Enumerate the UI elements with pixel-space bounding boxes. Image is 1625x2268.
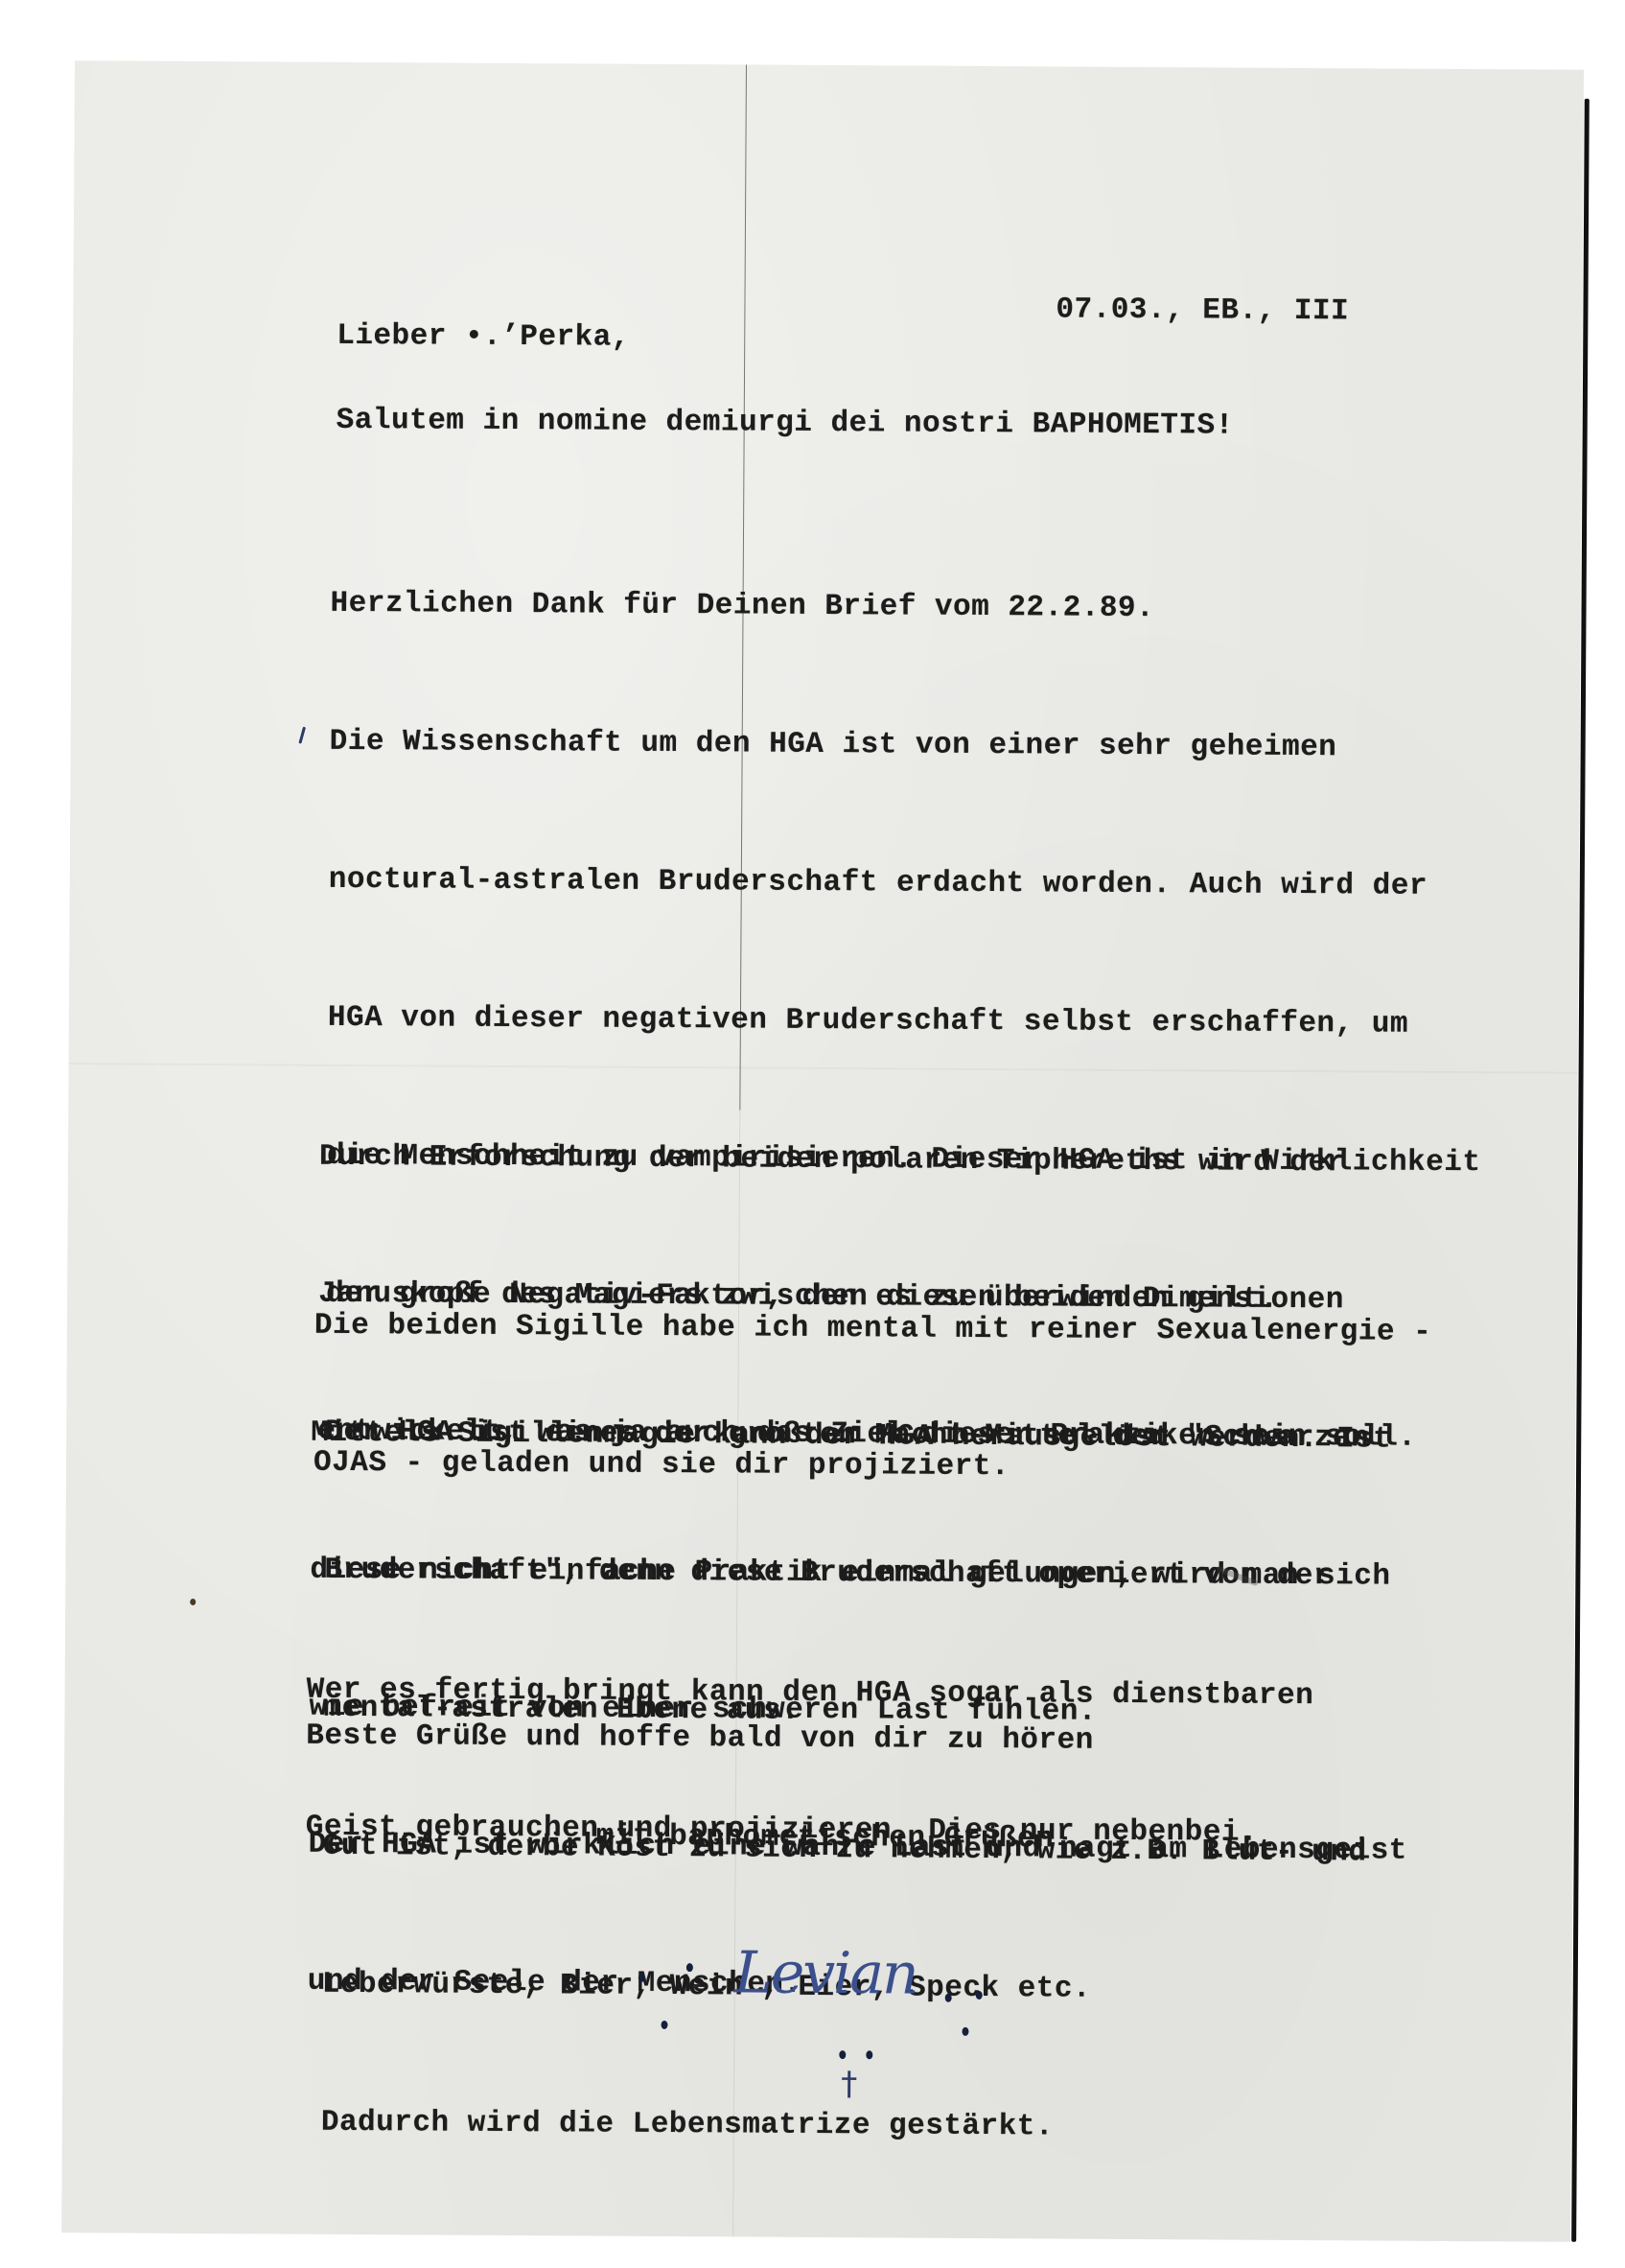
- text-line: noctural-astralen Bruderschaft erdacht w…: [329, 857, 1483, 910]
- signature-dot-icon: [661, 2021, 667, 2029]
- letter-page: Lieber •.’Perka, 07.03., EB., III Salute…: [61, 60, 1584, 2242]
- text-line: Wer es fertig bringt kann den HGA sogar …: [306, 1668, 1313, 1719]
- date-reference: 07.03., EB., III: [1056, 287, 1349, 335]
- latin-greeting: Salutem in nomine demiurgi dei nostri BA…: [337, 398, 1234, 450]
- signature-dot-icon: [945, 1994, 952, 2002]
- closing-line: Beste Grüße und hoffe bald von dir zu hö…: [306, 1714, 1094, 1765]
- text-line: Mittels Sigillenmagie kann der HGA herau…: [311, 1411, 1409, 1462]
- page-edge-shadow: [1571, 99, 1590, 2242]
- signature-dot-icon: [962, 2027, 968, 2036]
- regards-line: mit baphometischen Grüßen: [596, 1814, 1055, 1863]
- text-line: HGA von dieser negativen Bruderschaft se…: [328, 995, 1482, 1048]
- signature-name: Levian: [734, 1939, 917, 2007]
- signature-dot-icon: [839, 2050, 846, 2059]
- signature-dot-icon: [866, 2050, 872, 2059]
- handwritten-signature: Levian †: [618, 1920, 1022, 2115]
- text-line: Die Wissenschaft um den HGA ist von eine…: [330, 719, 1484, 772]
- signature-dot-icon: [638, 1974, 645, 1982]
- cross-mark-icon: †: [841, 2065, 857, 2103]
- text-line: Durch Erforschung der beiden polaren Tip…: [319, 1134, 1418, 1186]
- text-line: Herzlichen Dank für Deinen Brief vom 22.…: [330, 581, 1484, 634]
- ink-comma-mark: [298, 727, 306, 744]
- signature-dot-icon: [686, 1963, 693, 1972]
- salutation: Lieber •.’Perka,: [337, 314, 630, 362]
- signature-dot-icon: [976, 1991, 983, 1999]
- paper-speck: [190, 1599, 196, 1605]
